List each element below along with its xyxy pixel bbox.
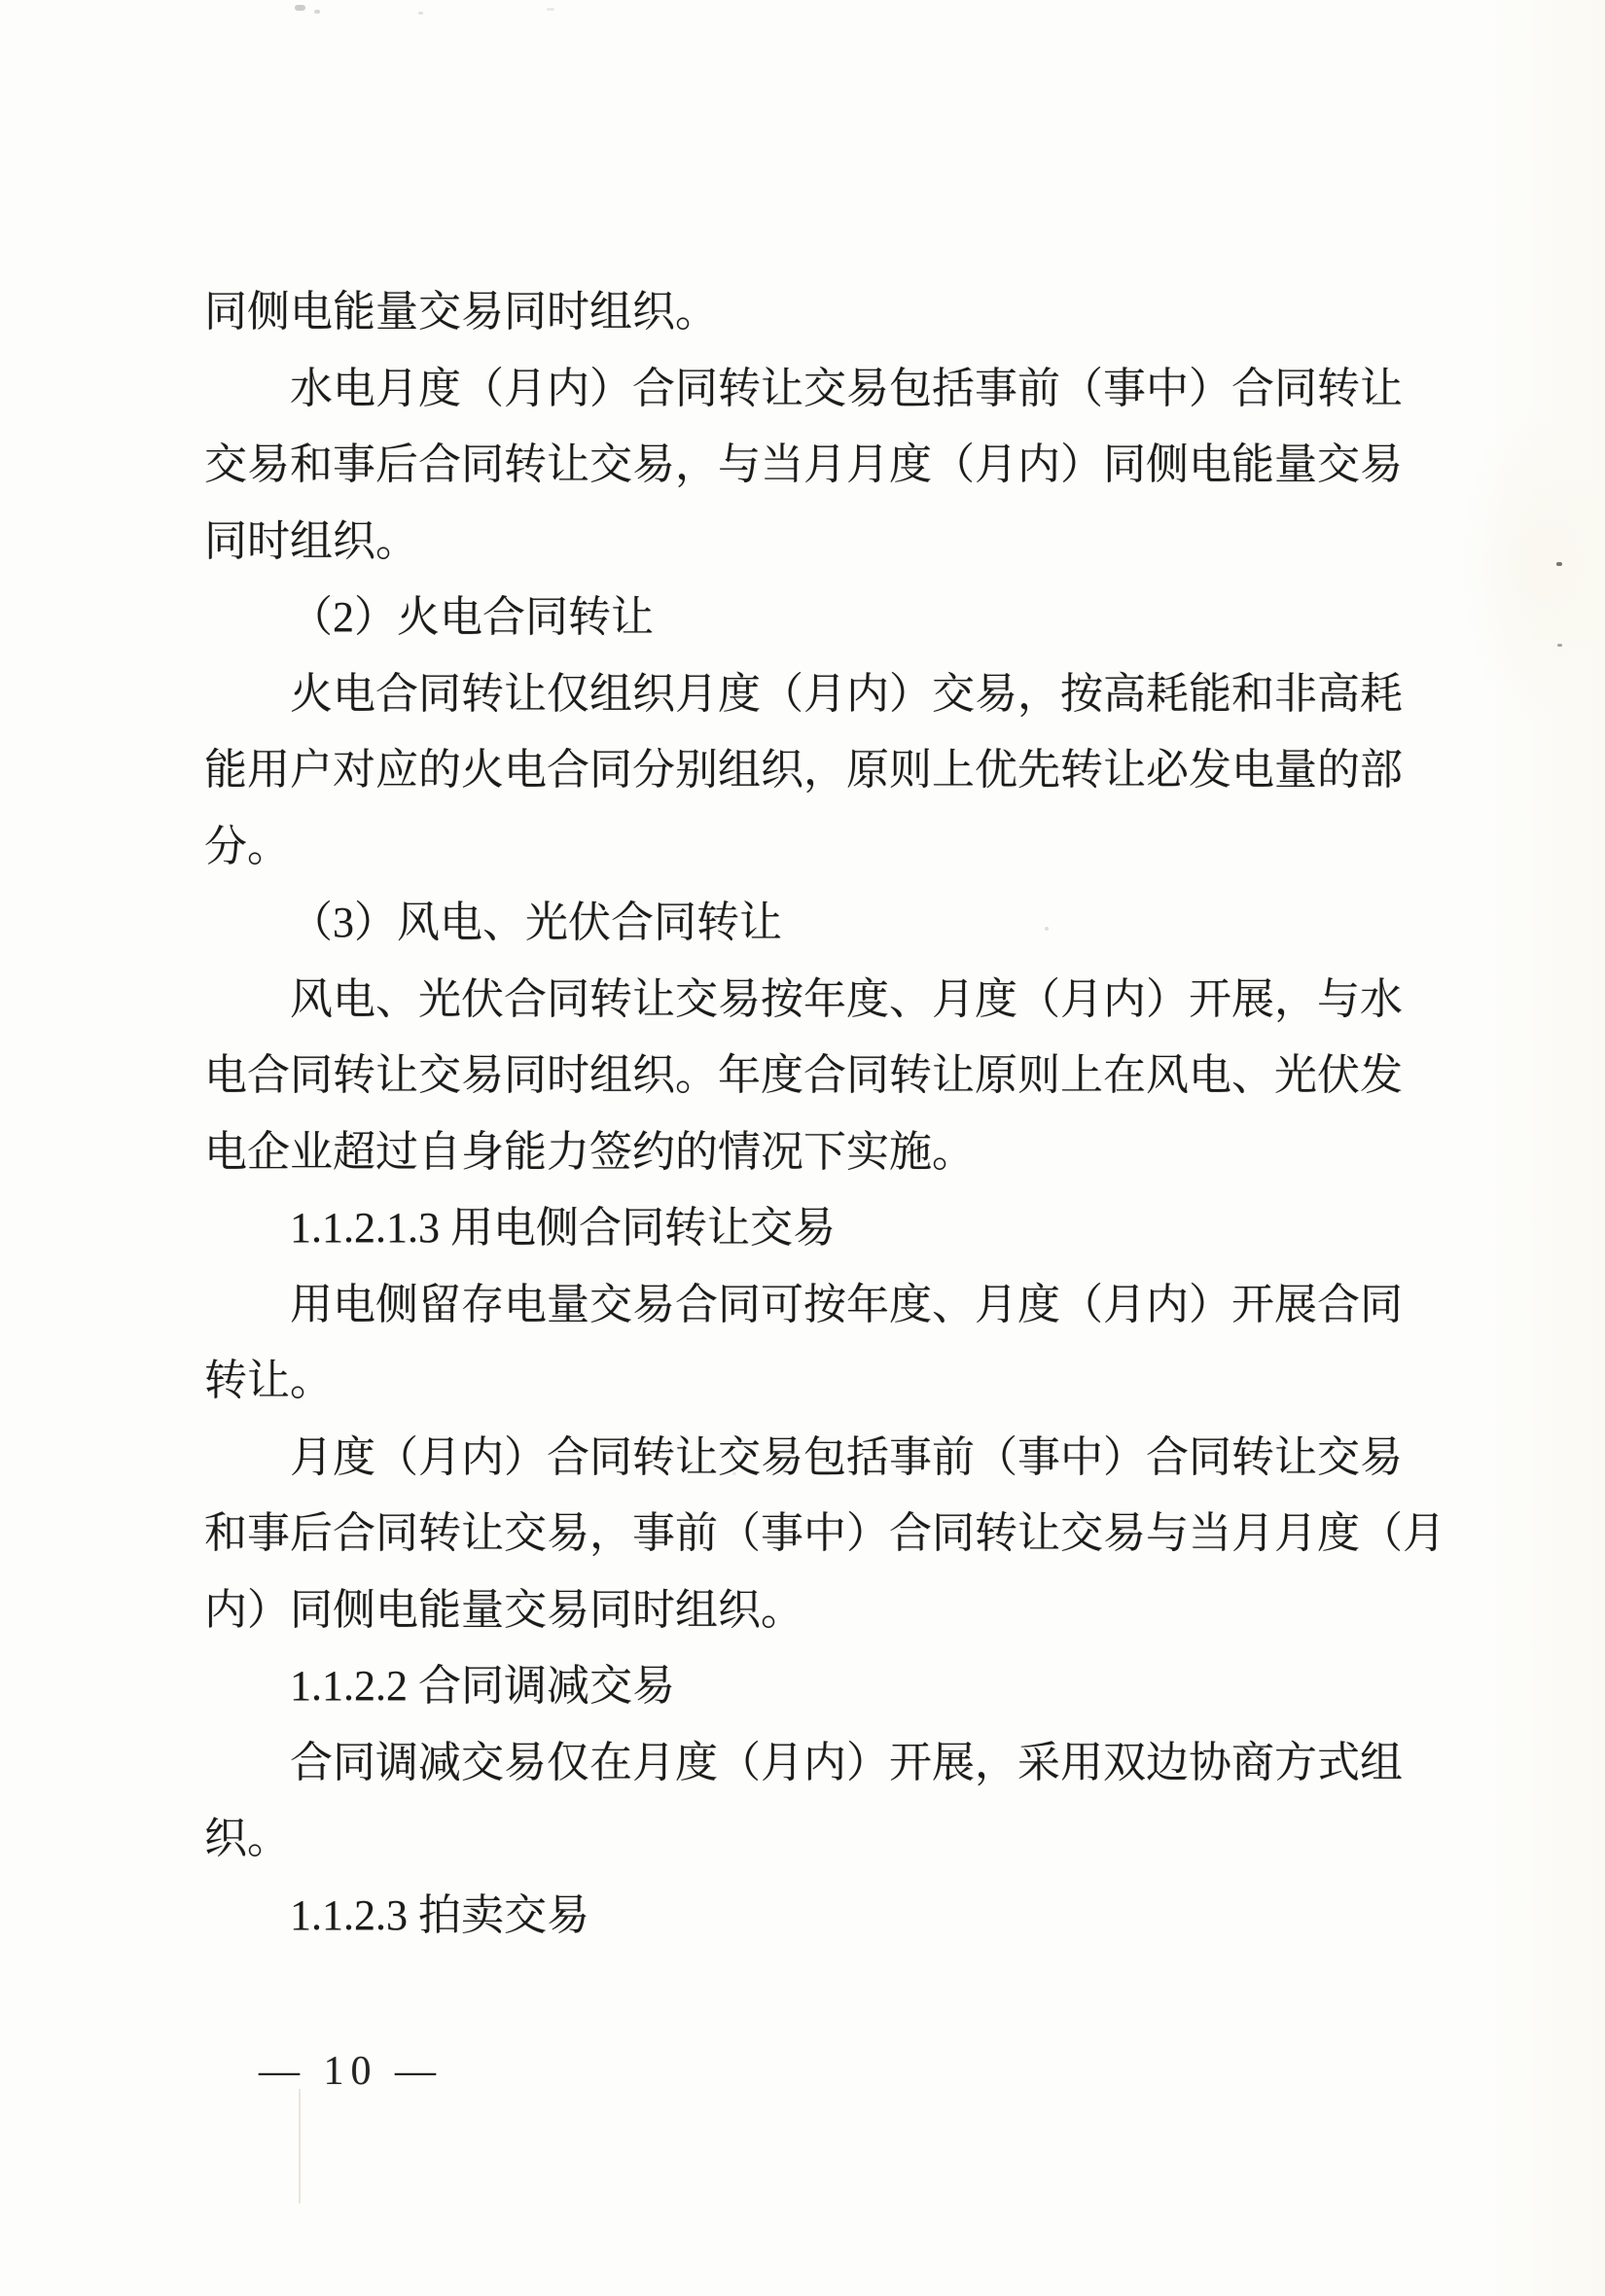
text-line: 能用户对应的火电合同分别组织，原则上优先转让必发电量的部 (204, 732, 1410, 809)
text-line: 同侧电能量交易同时组织。 (204, 274, 1410, 351)
text-line: 内）同侧电能量交易同时组织。 (204, 1572, 1410, 1649)
text-line: （3）风电、光伏合同转让 (204, 885, 1410, 962)
text-line: 1.1.2.2 合同调减交易 (204, 1648, 1410, 1725)
text-line: 电企业超过自身能力签约的情况下实施。 (204, 1114, 1410, 1191)
page-number: — 10 — (259, 2048, 443, 2095)
text-line: 电合同转让交易同时组织。年度合同转让原则上在风电、光伏发 (204, 1038, 1410, 1114)
text-line: （2）火电合同转让 (204, 580, 1410, 656)
text-line: 1.1.2.3 拍卖交易 (204, 1878, 1410, 1955)
text-line: 1.1.2.1.3 用电侧合同转让交易 (204, 1190, 1410, 1267)
text-line: 织。 (204, 1801, 1410, 1878)
scan-speck (295, 5, 305, 11)
scan-speck (1556, 562, 1562, 566)
scan-line-artifact (299, 2089, 301, 2204)
text-line: 分。 (204, 809, 1410, 886)
text-line: 风电、光伏合同转让交易按年度、月度（月内）开展，与水 (204, 962, 1410, 1039)
scan-speck (314, 10, 320, 14)
scan-speck (547, 8, 554, 11)
text-line: 同时组织。 (204, 504, 1410, 581)
text-line: 火电合同转让仅组织月度（月内）交易，按高耗能和非高耗 (204, 656, 1410, 733)
scan-edge-tint (1479, 0, 1605, 2296)
text-line: 水电月度（月内）合同转让交易包括事前（事中）合同转让 (204, 351, 1410, 428)
document-body: 同侧电能量交易同时组织。水电月度（月内）合同转让交易包括事前（事中）合同转让交易… (204, 274, 1410, 1954)
text-line: 转让。 (204, 1343, 1410, 1420)
scan-speck (1557, 644, 1562, 647)
scan-smudge (1454, 408, 1605, 720)
document-page: 同侧电能量交易同时组织。水电月度（月内）合同转让交易包括事前（事中）合同转让交易… (0, 0, 1605, 2296)
text-line: 合同调减交易仅在月度（月内）开展，采用双边协商方式组 (204, 1725, 1410, 1802)
text-line: 和事后合同转让交易，事前（事中）合同转让交易与当月月度（月 (204, 1496, 1410, 1572)
text-line: 用电侧留存电量交易合同可按年度、月度（月内）开展合同 (204, 1267, 1410, 1344)
text-line: 交易和事后合同转让交易，与当月月度（月内）同侧电能量交易 (204, 427, 1410, 504)
text-line: 月度（月内）合同转让交易包括事前（事中）合同转让交易 (204, 1420, 1410, 1497)
scan-speck (418, 12, 423, 15)
